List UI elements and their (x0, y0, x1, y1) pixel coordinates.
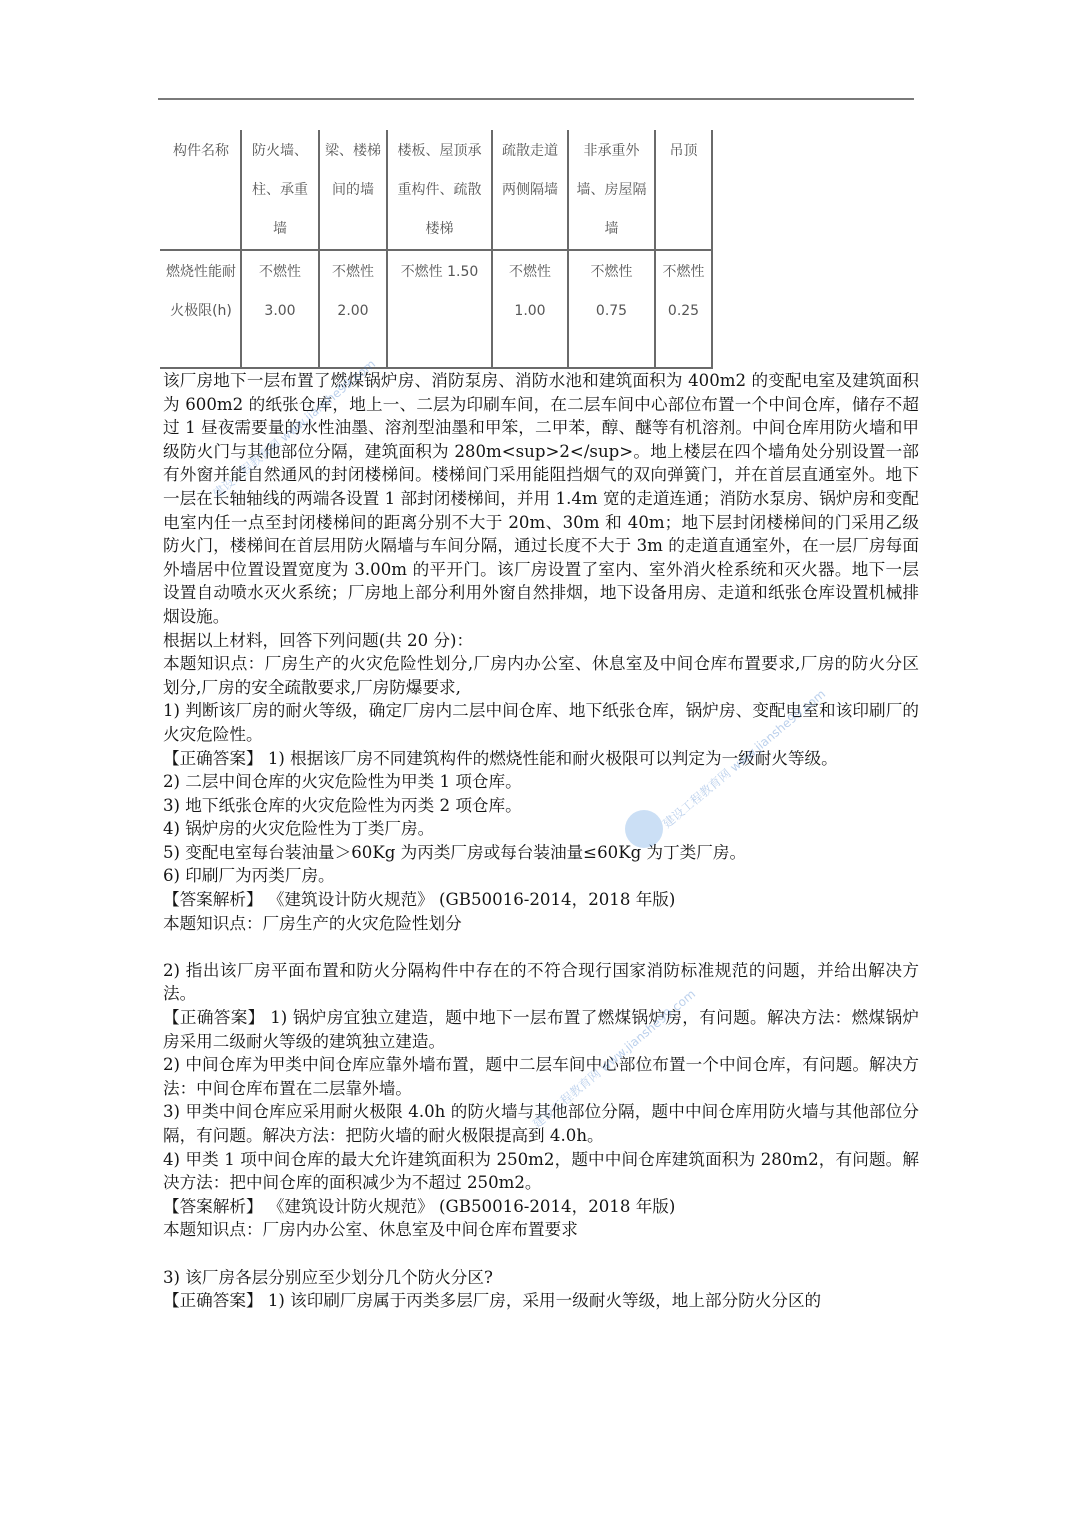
table-cell: 不燃性 3.00 (241, 250, 319, 368)
answer-line: 【正确答案】 1) 该印刷厂房属于丙类多层厂房，采用一级耐火等级，地上部分防火分… (163, 1289, 919, 1313)
knowledge-points-all: 本题知识点：厂房生产的火灾危险性划分,厂房内办公室、休息室及中间仓库布置要求,厂… (163, 652, 919, 699)
answer-line: 3) 地下纸张仓库的火灾危险性为丙类 2 项仓库。 (163, 794, 919, 818)
table-cell: 不燃性 0.75 (568, 250, 655, 368)
answer-line: 2) 中间仓库为甲类中间仓库应靠外墙布置，题中二层车间中心部位布置一个中间仓库，… (163, 1053, 919, 1100)
answer-line: 6) 印刷厂为丙类厂房。 (163, 864, 919, 888)
question-2: 2) 指出该厂房平面布置和防火分隔构件中存在的不符合现行国家消防标准规范的问题，… (163, 959, 919, 1006)
answer-line: 【正确答案】 1) 锅炉房宜独立建造，题中地下一层布置了燃煤锅炉房，有问题。解决… (163, 1006, 919, 1053)
table-cell: 不燃性 1.50 (387, 250, 492, 368)
instruction: 根据以上材料，回答下列问题(共 20 分)： (163, 629, 919, 653)
table-header-cell: 疏散走道两侧隔墙 (492, 130, 568, 250)
fire-resistance-table: 构件名称 防火墙、柱、承重墙 梁、楼梯间的墙 楼板、屋顶承重构件、疏散楼梯 疏散… (160, 130, 713, 369)
knowledge-point: 本题知识点：厂房内办公室、休息室及中间仓库布置要求 (163, 1218, 919, 1242)
answer-line: 5) 变配电室每台装油量＞60Kg 为丙类厂房或每台装油量≤60Kg 为丁类厂房… (163, 841, 919, 865)
table-cell: 不燃性 0.25 (655, 250, 712, 368)
table-header-cell: 构件名称 (160, 130, 241, 250)
document-body: 该厂房地下一层布置了燃煤锅炉房、消防泵房、消防水池和建筑面积为 400m2 的变… (163, 369, 919, 1313)
table-header-cell: 吊顶 (655, 130, 712, 250)
answer-line: 3) 甲类中间仓库应采用耐火极限 4.0h 的防火墙与其他部位分隔，题中中间仓库… (163, 1100, 919, 1147)
table-header-cell: 梁、楼梯间的墙 (319, 130, 387, 250)
answer-analysis: 【答案解析】 《建筑设计防火规范》 (GB50016-2014，2018 年版) (163, 888, 919, 912)
spacer (163, 935, 919, 959)
table-cell: 不燃性 2.00 (319, 250, 387, 368)
table-header-cell: 楼板、屋顶承重构件、疏散楼梯 (387, 130, 492, 250)
table-header-row: 构件名称 防火墙、柱、承重墙 梁、楼梯间的墙 楼板、屋顶承重构件、疏散楼梯 疏散… (160, 130, 712, 250)
answer-line: 4) 甲类 1 项中间仓库的最大允许建筑面积为 250m2，题中中间仓库建筑面积… (163, 1148, 919, 1195)
answer-line: 【正确答案】 1) 根据该厂房不同建筑构件的燃烧性能和耐火极限可以判定为一级耐火… (163, 747, 919, 771)
answer-analysis: 【答案解析】 《建筑设计防火规范》 (GB50016-2014，2018 年版) (163, 1195, 919, 1219)
question-3: 3) 该厂房各层分别应至少划分几个防火分区? (163, 1266, 919, 1290)
answer-line: 4) 锅炉房的火灾危险性为丁类厂房。 (163, 817, 919, 841)
knowledge-point: 本题知识点：厂房生产的火灾危险性划分 (163, 912, 919, 936)
header-rule (158, 98, 914, 100)
case-description: 该厂房地下一层布置了燃煤锅炉房、消防泵房、消防水池和建筑面积为 400m2 的变… (163, 369, 919, 629)
table-cell: 不燃性 1.00 (492, 250, 568, 368)
spacer (163, 1242, 919, 1266)
table-header-cell: 非承重外墙、房屋隔墙 (568, 130, 655, 250)
answer-line: 2) 二层中间仓库的火灾危险性为甲类 1 项仓库。 (163, 770, 919, 794)
table-row-label: 燃烧性能耐火极限(h) (160, 250, 241, 368)
table-header-cell: 防火墙、柱、承重墙 (241, 130, 319, 250)
table-row: 燃烧性能耐火极限(h) 不燃性 3.00 不燃性 2.00 不燃性 1.50 不… (160, 250, 712, 368)
question-1: 1) 判断该厂房的耐火等级，确定厂房内二层中间仓库、地下纸张仓库，锅炉房、变配电… (163, 699, 919, 746)
